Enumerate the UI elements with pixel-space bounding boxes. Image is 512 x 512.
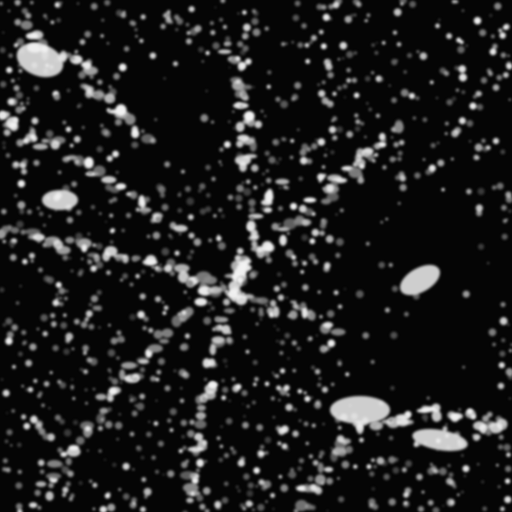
texture-canvas (0, 0, 512, 512)
texture-image: Abstract monochrome texture of dense whi… (0, 0, 512, 512)
